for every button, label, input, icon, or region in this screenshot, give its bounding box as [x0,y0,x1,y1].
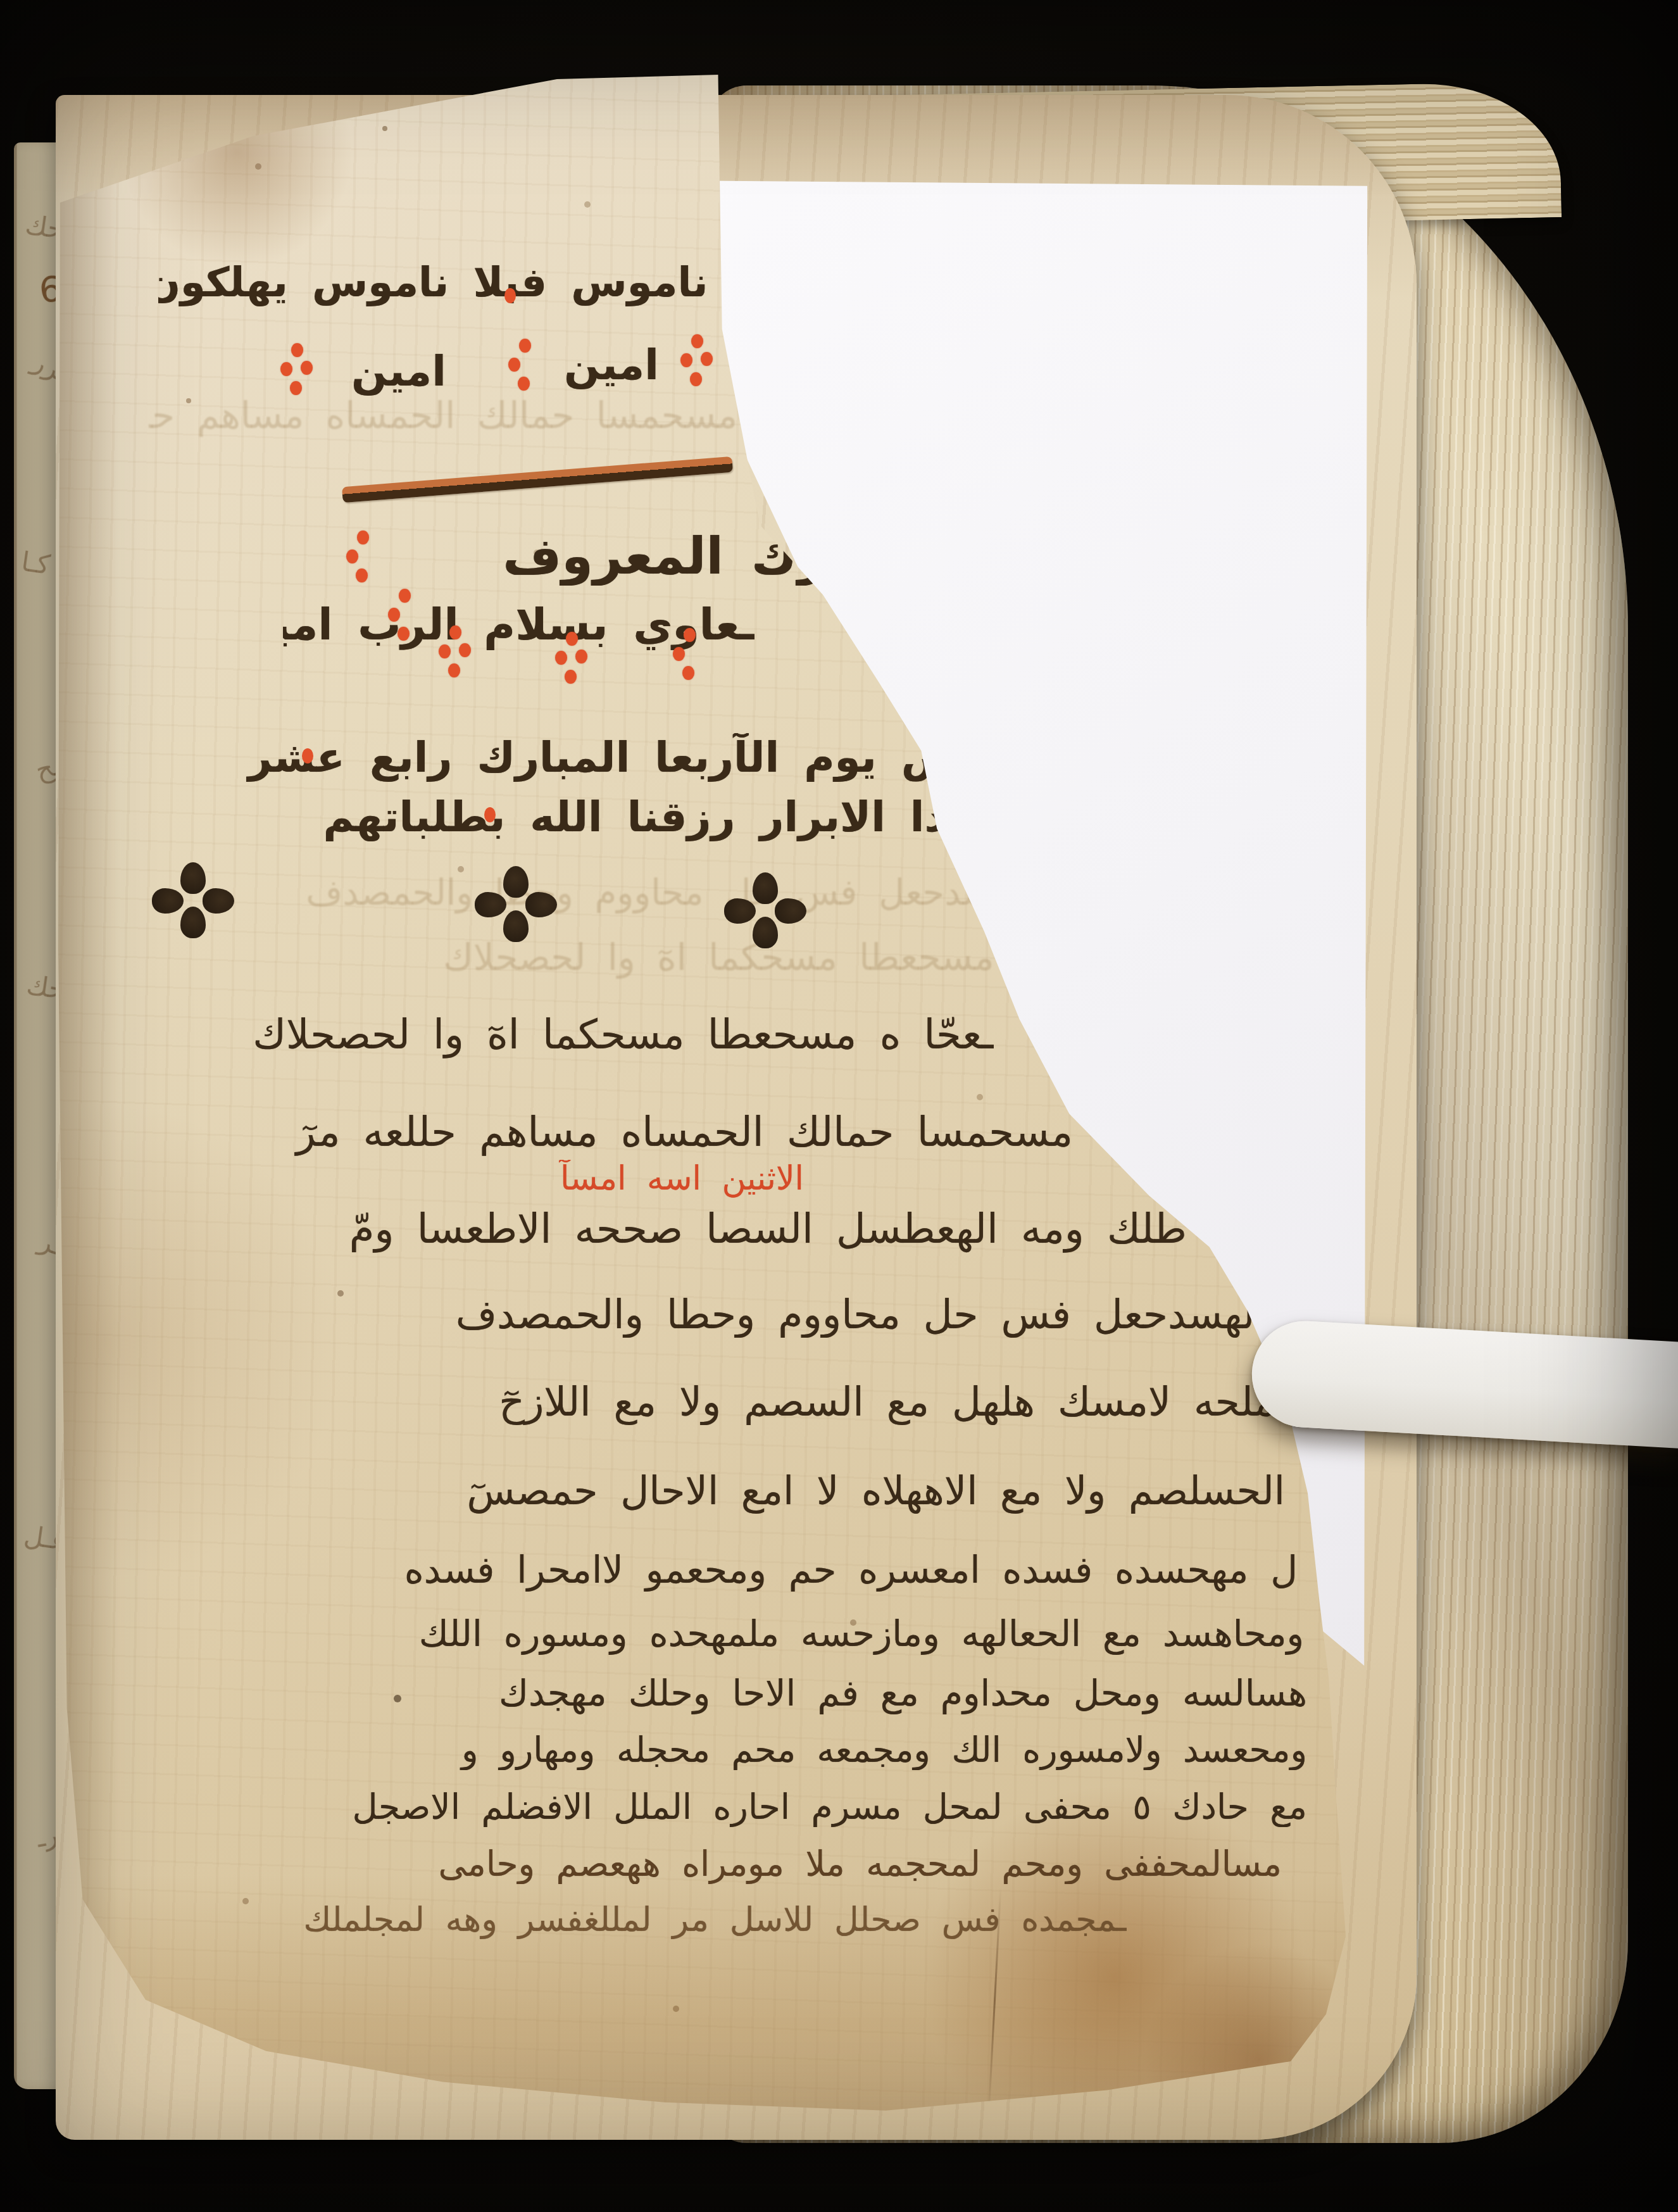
syriac-line: مسحمسا حمالك الحمساه مساهم حللعه مرٓ [158,1109,1073,1156]
red-dot-mark [504,288,516,303]
syriac-line: ـعحّا ه مسحعطا مسحكما اهٓ وا لحصحلاك [190,1012,994,1059]
bleed-through-text: ـعحّا ه مسحعطا مسحكما اهٓ وا لحصحلاك [184,936,1120,979]
red-dot-cluster [508,339,542,393]
syriac-line: ل مهحسده فسده امعسره حم ومحعمو لاامحرا ف… [114,1548,1298,1592]
red-rubric-line: الاثنين اسه امسآ [392,1160,804,1198]
red-dot-cluster [280,343,315,398]
syriac-line: ملحه لامسك هلهل مع السصم ولا مع اللازحٓ [120,1379,1275,1425]
quatrefoil-ornament [726,872,805,951]
syriac-line: ومحعسد ولامسوره الك ومجمعه محم محجله ومه… [104,1730,1307,1770]
foxing-speckles [54,70,58,73]
margin-fragment: كـا [20,546,52,581]
syriac-line: مع حادك ٥ محفى لمحل مسرم احاره الملل الا… [101,1787,1307,1827]
amen-word: امين [351,347,446,396]
syriac-line: هسالسه ومحل محداوم مع فم الاحا وحلك مهجد… [108,1673,1307,1714]
syriac-line: الهسدحعل فس حل محاووم وحطا والحمصدف [127,1291,1266,1338]
amen-word: امين [564,341,659,389]
red-dot-cluster [555,632,589,686]
bleed-through-text: الهسدحعل فس حل محاووم وحطا والحمصدف [209,872,1032,914]
manuscript-photograph: ـحك ـرر كـا ـلـح حك ـمـر عـل ارـ 6 مسحمس… [0,0,1678,2212]
red-dot-mark [302,748,313,764]
red-dot-cluster [439,625,473,680]
syriac-line: ـمجمده فس صحلل للاسل مر لمللغفسر وهه لمج… [165,1901,1127,1939]
red-dot-cluster [673,628,707,682]
quatrefoil-ornament [477,866,555,945]
syriac-line: طلك ومه الهعطسل السصا صححه الاطعسا ومّ [158,1206,1187,1253]
red-dot-cluster [346,531,380,585]
quatrefoil-ornament [154,862,232,941]
syriac-line: الحسلصم ولا مع الاههلاه لا امع الاحال حم… [117,1467,1285,1514]
red-dot-cluster [680,334,715,389]
syriac-line: مسالمحففى ومحم لمحجمه ملا مومراه ههعصم و… [108,1844,1282,1884]
bleed-through-text: مسحمسا حمالك الحمساه مساهم حللعه مرٓ [149,394,737,437]
red-dot-mark [484,807,496,822]
syriac-line: ومحاهسد مع الحعالهه ومازحسه ملمهحده ومسو… [111,1613,1304,1655]
